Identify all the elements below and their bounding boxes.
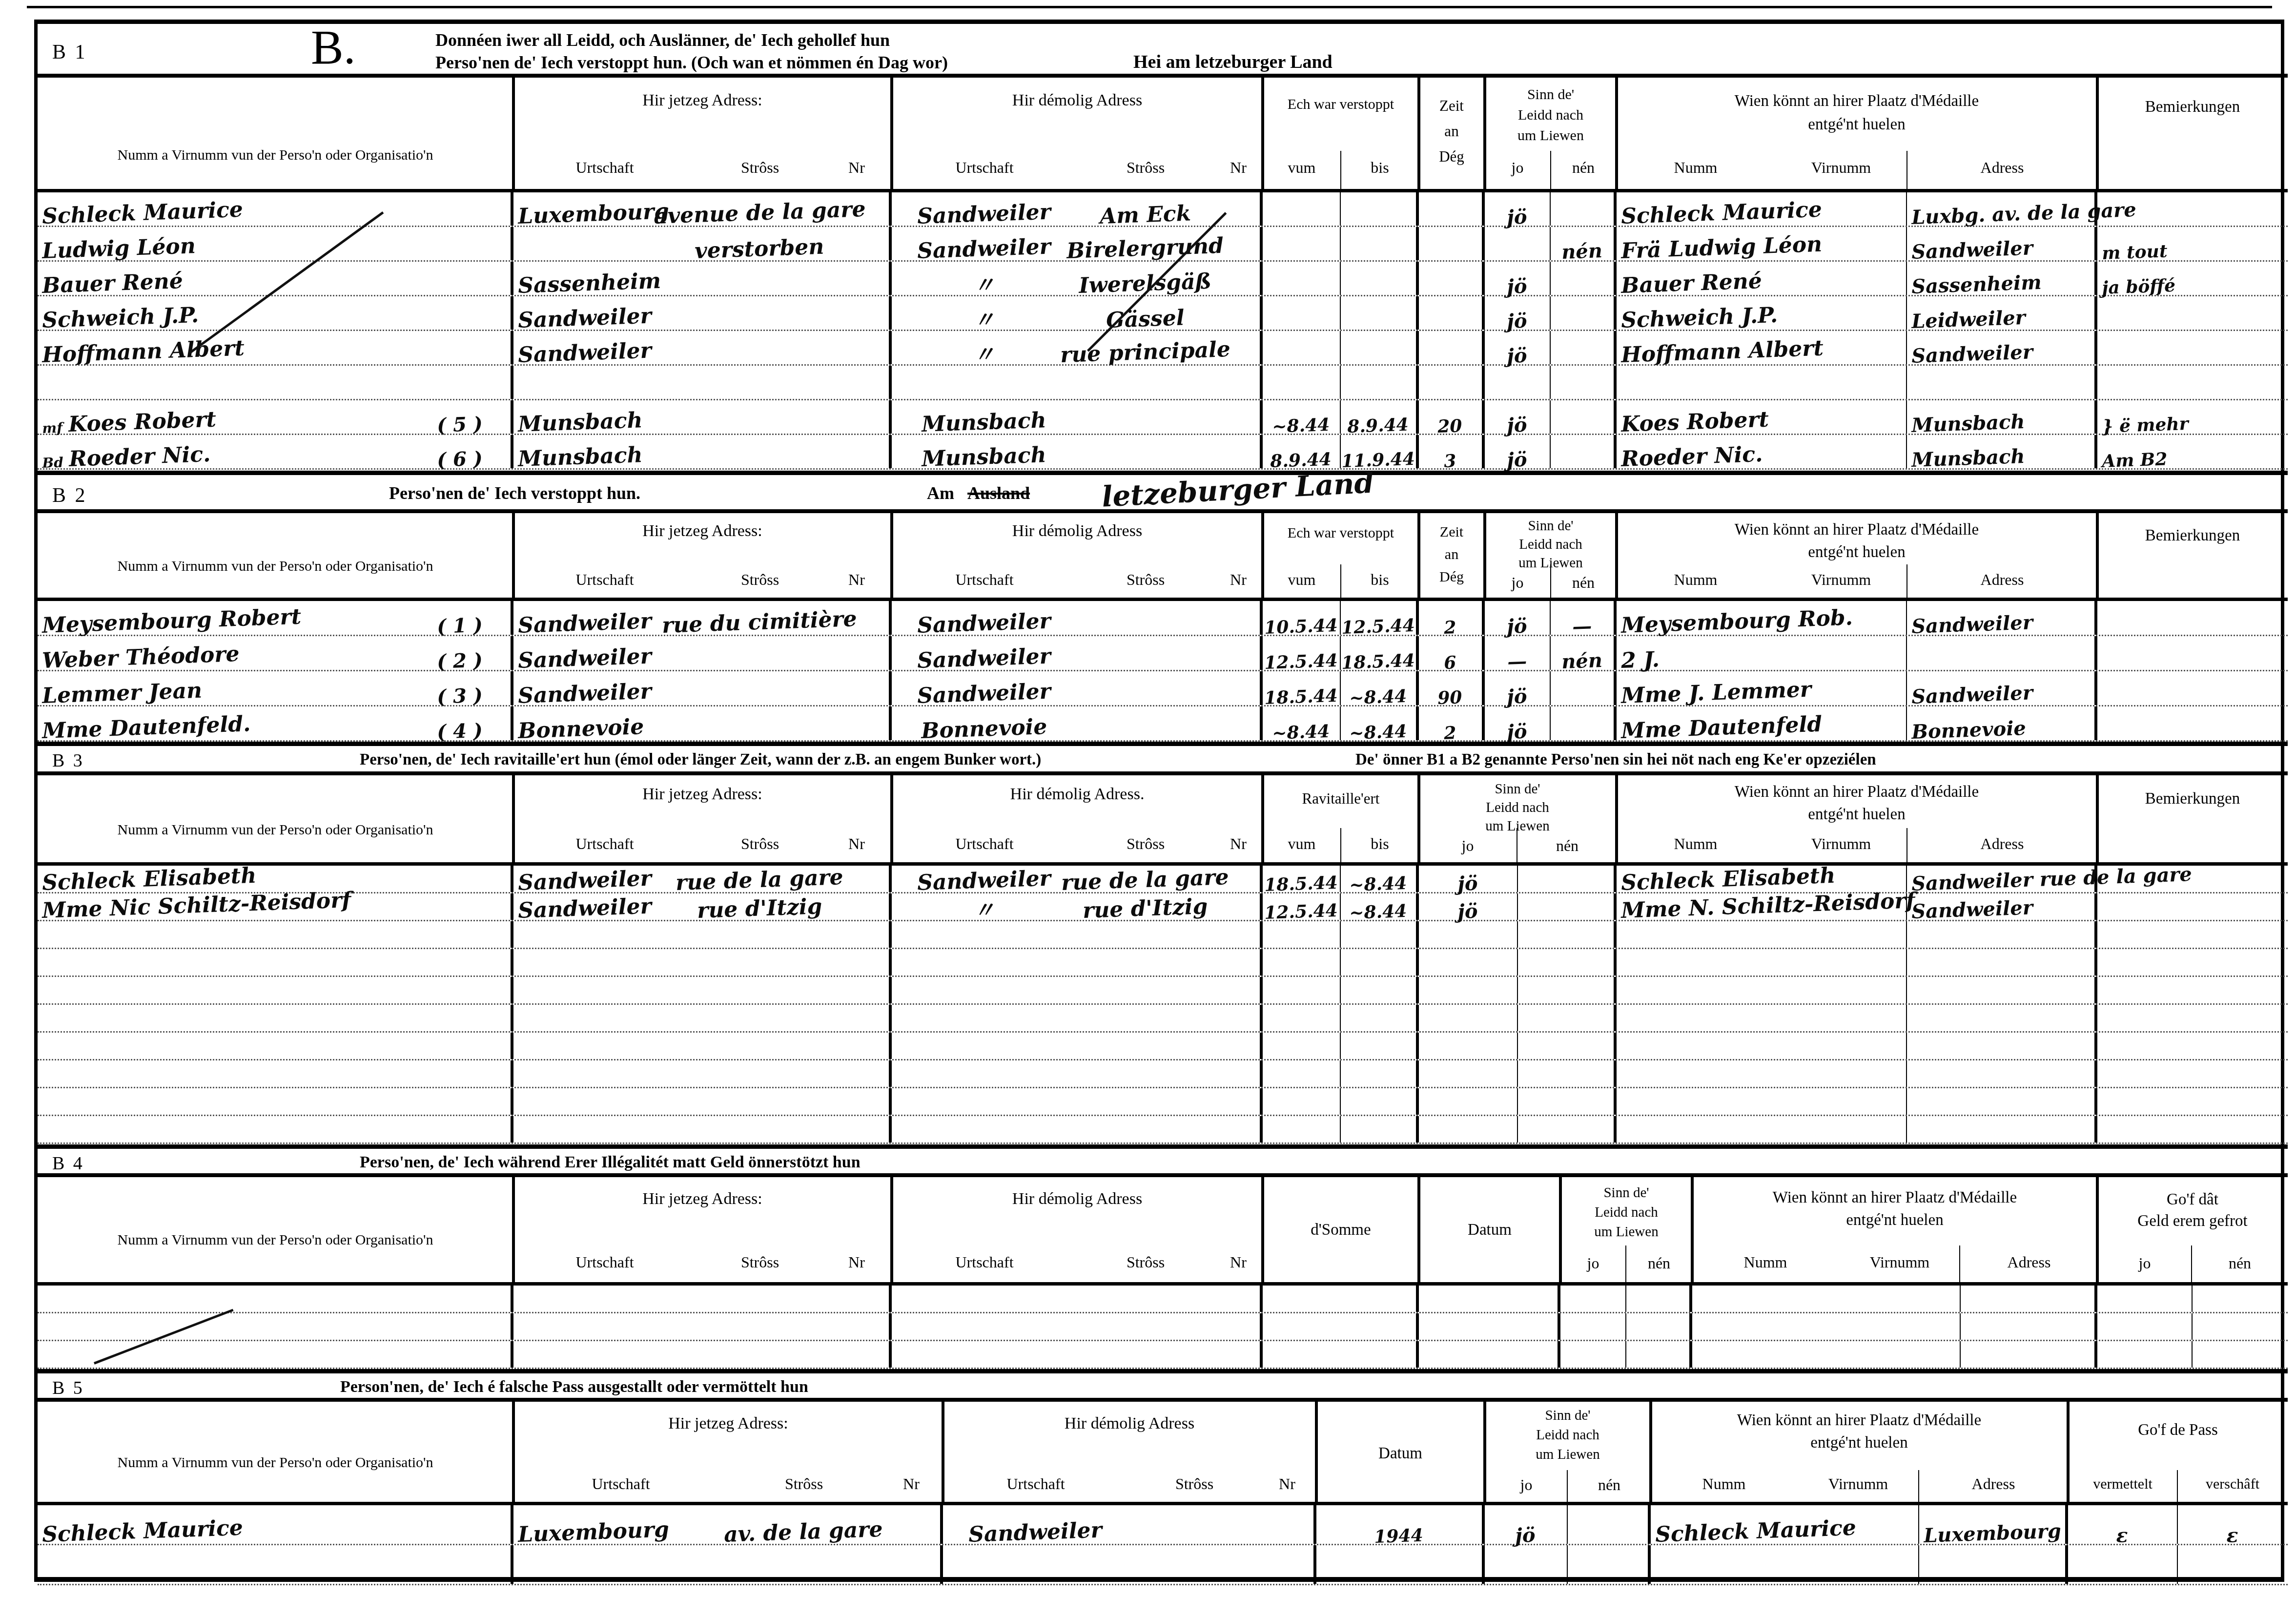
cell-bis xyxy=(1341,366,1419,399)
section-title: Perso'nen de' Iech verstoppt hun. xyxy=(389,483,640,503)
handwritten-urt2: Sandweiler xyxy=(917,681,1051,707)
cell-jo: jö xyxy=(1485,262,1551,295)
col-header-sinn: Leidd nach xyxy=(1486,800,1549,816)
handwritten-name: Schleck Maurice xyxy=(41,199,243,228)
col-header-numm: Numm xyxy=(1744,1253,1787,1271)
handwritten-madr: Sandweiler xyxy=(1911,613,2033,637)
cell-nen xyxy=(1518,1033,1617,1059)
cell-bem xyxy=(2097,1116,2288,1142)
grid-line xyxy=(1906,828,1907,862)
cell-str2: rue principale xyxy=(1077,331,1214,364)
handwritten-name: Schleck Maurice xyxy=(41,1517,243,1546)
cell-name xyxy=(38,1033,513,1059)
col-header-jo: jo xyxy=(1587,1254,1599,1272)
cell-madr xyxy=(1907,1033,2097,1059)
cell-nen xyxy=(1568,1545,1651,1584)
grid-line xyxy=(512,775,515,862)
cell-jo xyxy=(1560,1286,1626,1312)
col-header-urtschaft: Urtschaft xyxy=(955,571,1013,589)
handwritten-madr: Munsbach xyxy=(1911,412,2026,436)
cell-madr: Leidweiler xyxy=(1907,296,2097,330)
col-header-nen: nén xyxy=(2229,1254,2251,1272)
table-row: Weber Théodore( 2 )SandweilerSandweiler1… xyxy=(38,636,2288,671)
handwritten-urt1: Munsbach xyxy=(517,410,643,436)
section-title-band: B 5 Person'nen, de' Iech é falsche Pass … xyxy=(38,1373,2288,1402)
table-row: mfKoes Robert( 5 )MunsbachMunsbach~8.448… xyxy=(38,400,2288,435)
grid-line xyxy=(2177,1470,2178,1502)
cell-vum xyxy=(1263,1005,1341,1031)
cell-bem xyxy=(2097,636,2288,670)
table-header: Numm a Virnumm vun der Perso'n oder Orga… xyxy=(38,775,2288,866)
grid-line xyxy=(1649,1402,1652,1502)
cell-bis xyxy=(1341,192,1419,226)
col-header-jo: jo xyxy=(2139,1254,2151,1272)
handwritten-urt2: 〃 xyxy=(973,309,995,332)
handwritten-str1: av. de la gare xyxy=(724,1519,883,1546)
cell-urt2 xyxy=(892,1116,1077,1142)
col-header-nr: Nr xyxy=(1230,1253,1247,1271)
handwritten-mname: Hoffmann Albert xyxy=(1620,338,1824,366)
cell-madr: Munsbach xyxy=(1907,400,2097,434)
cell-str1 xyxy=(697,636,823,670)
cell-urt1 xyxy=(513,366,697,399)
col-header-nr: Nr xyxy=(1279,1475,1295,1493)
cell-name: Mme Nic Schiltz-Reisdorf xyxy=(38,893,513,920)
table-row xyxy=(38,1116,2288,1144)
cell-madr: Munsbach xyxy=(1907,435,2097,468)
section-title: Perso'nen, de' Iech während Erer Illégal… xyxy=(360,1153,861,1172)
cell-bis: 18.5.44 xyxy=(1341,636,1419,670)
col-header-sinn: Sinn de' xyxy=(1495,781,1540,797)
cell-vum xyxy=(1263,1060,1341,1087)
cell-nen xyxy=(1518,866,1617,892)
handwritten-urt1: Sandweiler xyxy=(517,610,652,637)
table-row: Ludwig LéonverstorbenSandweilerBirelergr… xyxy=(38,227,2288,262)
col-header-medal: Wien könnt an hirer Plaatz d'Médaille xyxy=(1735,521,1979,539)
cell-str2: Iwerelsgäß xyxy=(1077,262,1214,295)
col-header-jetzeg: Hir jetzeg Adress: xyxy=(642,1190,762,1208)
handwritten-jo: jö xyxy=(1507,450,1528,470)
col-header-name: Numm a Virnumm vun der Perso'n oder Orga… xyxy=(118,1454,433,1471)
col-header-urtschaft: Urtschaft xyxy=(575,835,634,853)
table-row xyxy=(38,1313,2288,1341)
cell-urt2: Sandweiler xyxy=(892,227,1077,260)
cell-nr2 xyxy=(1214,1286,1263,1312)
cell-nen: nén xyxy=(1551,227,1617,260)
grid-line xyxy=(1567,1470,1568,1502)
grid-line xyxy=(942,1402,944,1502)
cell-urt1 xyxy=(513,977,697,1003)
table-row xyxy=(38,977,2288,1005)
grid-line xyxy=(2096,78,2099,189)
col-header-stross: Strôss xyxy=(1127,159,1165,177)
cell-mname xyxy=(1617,1116,1907,1142)
col-header-sinn: um Liewen xyxy=(1594,1224,1658,1240)
cell-urt2 xyxy=(943,1545,1128,1584)
col-header-nr: Nr xyxy=(1230,571,1247,589)
cell-str1 xyxy=(697,262,823,295)
col-header-zeit: Zeit xyxy=(1439,97,1464,115)
cell-str2 xyxy=(1077,1033,1214,1059)
col-header-stross: Strôss xyxy=(1127,1253,1165,1271)
cell-zeit: 20 xyxy=(1419,400,1485,434)
cell-mname xyxy=(1617,1088,1907,1115)
handwritten-mname: Bauer René xyxy=(1620,270,1762,297)
cell-jo: jö xyxy=(1419,893,1518,920)
cell-nr1 xyxy=(823,296,892,330)
cell-str2: rue de la gare xyxy=(1077,866,1214,892)
handwritten-madr: Bonnevoie xyxy=(1911,719,2027,742)
cell-urt1 xyxy=(513,1033,697,1059)
cell-str2 xyxy=(1077,1060,1214,1087)
cell-bem xyxy=(2097,706,2288,740)
col-header-vermettelt: vermettelt xyxy=(2093,1476,2152,1493)
cell-nr2 xyxy=(1214,949,1263,975)
cell-name xyxy=(38,1060,513,1087)
col-header-nen: nén xyxy=(1556,837,1578,855)
cell-str2 xyxy=(1077,601,1214,635)
handwritten-str2: rue d'Itzig xyxy=(1082,896,1208,922)
cell-madr xyxy=(1961,1313,2097,1340)
table-row xyxy=(38,366,2288,400)
col-header-jetzeg: Hir jetzeg Adress: xyxy=(642,785,762,804)
handwritten-urt1: Sandweiler xyxy=(517,681,652,707)
cell-bis xyxy=(1341,262,1419,295)
cell-urt1 xyxy=(513,1005,697,1031)
cell-vum: ~8.44 xyxy=(1263,706,1341,740)
col-header-numm: Numm xyxy=(1702,1475,1746,1493)
cell-urt2: Sandweiler xyxy=(943,1505,1128,1544)
handwritten-name: Mme Nic Schiltz-Reisdorf xyxy=(41,890,351,922)
cell-str2: Gässel xyxy=(1077,296,1214,330)
grid-line xyxy=(2096,513,2099,598)
cell-urt2: Sandweiler xyxy=(892,866,1077,892)
grid-line xyxy=(1559,1177,1562,1282)
cell-str1 xyxy=(697,435,823,468)
handwritten-bem: ja böffé xyxy=(2102,277,2176,297)
col-header-nr: Nr xyxy=(848,159,865,177)
grid-line xyxy=(1340,564,1341,598)
handwritten-versch: ε xyxy=(2226,1526,2239,1546)
handwritten-bem: } ë mehr xyxy=(2102,415,2189,436)
col-header-stross: Strôss xyxy=(741,1253,779,1271)
cell-zeit: 2 xyxy=(1419,601,1485,635)
col-header-zeit: Dég xyxy=(1439,148,1464,166)
cell-datum xyxy=(1419,1341,1560,1368)
handwritten-str1: rue d'Itzig xyxy=(697,896,822,922)
cell-nr1 xyxy=(823,435,892,468)
cell-urt2 xyxy=(892,366,1077,399)
table-row xyxy=(38,1286,2288,1313)
handwritten-vum: 10.5.44 xyxy=(1264,617,1338,637)
cell-name xyxy=(38,1116,513,1142)
col-header-name: Numm a Virnumm vun der Perso'n oder Orga… xyxy=(118,822,433,838)
cell-nen xyxy=(1551,435,1617,468)
col-header-adress: Adress xyxy=(1981,571,2024,589)
handwritten-mname: Schweich J.P. xyxy=(1620,305,1778,332)
cell-nr1 xyxy=(823,400,892,434)
table-row xyxy=(38,1005,2288,1033)
cell-urt1 xyxy=(513,1286,697,1312)
cell-str1: avenue de la gare xyxy=(697,192,823,226)
col-header-nr: Nr xyxy=(903,1475,920,1493)
section-label: B 2 xyxy=(52,484,87,507)
col-header-stross: Strôss xyxy=(1127,571,1165,589)
cell-str2 xyxy=(1077,977,1214,1003)
cell-vum xyxy=(1263,366,1341,399)
grid-line xyxy=(1550,564,1551,598)
grid-line xyxy=(1691,1177,1694,1282)
cell-verm xyxy=(2097,1341,2193,1368)
cell-madr xyxy=(1961,1286,2097,1312)
col-header-medal: entgé'nt huelen xyxy=(1846,1211,1943,1229)
cell-vum: 10.5.44 xyxy=(1263,601,1341,635)
grid-line xyxy=(1340,151,1341,189)
grid-line xyxy=(1517,828,1517,862)
cell-mname xyxy=(1617,949,1907,975)
handwritten-mname: Koes Robert xyxy=(1620,409,1769,436)
cell-nr1 xyxy=(823,192,892,226)
col-header-vum: vum xyxy=(1288,835,1316,853)
section-title-band: B 4 Perso'nen, de' Iech während Erer Ill… xyxy=(38,1149,2288,1177)
cell-nr2 xyxy=(1214,1341,1263,1368)
cell-zeit xyxy=(1419,366,1485,399)
cell-urt2: Munsbach xyxy=(892,435,1077,468)
cell-str2 xyxy=(1077,1341,1214,1368)
cell-bem xyxy=(2097,1060,2288,1087)
handwritten-bis: ~8.44 xyxy=(1349,874,1407,894)
cell-bis xyxy=(1341,1060,1419,1087)
cell-urt2: Sandweiler xyxy=(892,192,1077,226)
cell-bem xyxy=(2097,949,2288,975)
col-header-adress: Adress xyxy=(1981,159,2024,177)
cell-bem xyxy=(2097,671,2288,705)
cell-zeit xyxy=(1419,262,1485,295)
handwritten-vum: 18.5.44 xyxy=(1264,687,1338,707)
section-title-am: Am xyxy=(927,483,954,503)
cell-datum xyxy=(1316,1545,1485,1584)
cell-mname xyxy=(1692,1341,1961,1368)
top-rule xyxy=(27,6,2272,8)
table-row: Hoffmann AlbertSandweiler〃rue principale… xyxy=(38,331,2288,366)
section-title-band: B 2 Perso'nen de' Iech verstoppt hun. Am… xyxy=(38,475,2288,513)
cell-nr2 xyxy=(1214,601,1263,635)
cell-bem: Am B2 xyxy=(2097,435,2288,468)
handwritten-str2: Am Eck xyxy=(1099,203,1191,228)
handwritten-str2: rue principale xyxy=(1060,339,1230,366)
cell-dsomme xyxy=(1263,1313,1419,1340)
cell-mname: Hoffmann Albert xyxy=(1617,331,1907,364)
handwritten-name: Hoffmann Albert xyxy=(41,338,245,366)
handwritten-name: Weber Théodore xyxy=(41,643,240,672)
handwritten-madr: Leidweiler xyxy=(1911,308,2026,332)
cell-jo: — xyxy=(1485,636,1551,670)
cell-bis: 12.5.44 xyxy=(1341,601,1419,635)
handwritten-nen: nén xyxy=(1561,651,1602,672)
cell-jo: jö xyxy=(1485,296,1551,330)
cell-str2 xyxy=(1077,366,1214,399)
grid-line xyxy=(1483,1402,1486,1502)
col-header-medal: Wien könnt an hirer Plaatz d'Médaille xyxy=(1773,1189,2017,1207)
col-header-dsomme: d'Somme xyxy=(1311,1221,1371,1239)
handwritten-madr: Sandweiler xyxy=(1911,683,2033,707)
handwritten-urt2: 〃 xyxy=(973,899,995,922)
cell-name xyxy=(38,921,513,948)
cell-nr2 xyxy=(1214,1116,1263,1142)
table-row xyxy=(38,1088,2288,1116)
handwritten-mname: Mme Dautenfeld xyxy=(1620,714,1822,742)
cell-str2 xyxy=(1077,921,1214,948)
col-header-demolig: Hir démolig Adress xyxy=(1065,1414,1194,1433)
handwritten-num: ( 3 ) xyxy=(437,686,483,707)
cell-madr xyxy=(1919,1545,2068,1584)
cell-bis: ~8.44 xyxy=(1341,706,1419,740)
cell-jo: jö xyxy=(1485,435,1551,468)
cell-madr xyxy=(1907,636,2097,670)
col-header-stross: Strôss xyxy=(785,1475,823,1493)
cell-mname: Roeder Nic. xyxy=(1617,435,1907,468)
handwritten-name: Meysembourg Robert xyxy=(41,606,301,637)
col-header-bis: bis xyxy=(1371,571,1389,589)
handwritten-str1: verstorben xyxy=(695,236,824,262)
cell-name xyxy=(38,1286,513,1312)
cell-nr2 xyxy=(1214,706,1263,740)
col-header-name: Numm a Virnumm vun der Perso'n oder Orga… xyxy=(118,147,433,164)
cell-vum xyxy=(1263,949,1341,975)
cell-jo xyxy=(1419,949,1518,975)
cell-str1: rue du cimitière xyxy=(697,601,823,635)
handwritten-bem: Am B2 xyxy=(2102,450,2168,470)
handwritten-jo: jö xyxy=(1457,902,1478,922)
cell-zeit: 2 xyxy=(1419,706,1485,740)
cell-urt1: Luxembourg xyxy=(513,1505,728,1544)
handwritten-mname: Frä Ludwig Léon xyxy=(1620,234,1822,262)
cell-jo: jö xyxy=(1419,866,1518,892)
handwritten-urt1: Sandweiler xyxy=(517,868,652,894)
col-header-nr: Nr xyxy=(848,1253,865,1271)
handwritten-urt2: Sandweiler xyxy=(917,236,1051,262)
cell-nen xyxy=(1518,893,1617,920)
col-header-adress: Adress xyxy=(1972,1475,2015,1493)
cell-urt2 xyxy=(892,949,1077,975)
cell-str1 xyxy=(697,1286,823,1312)
form-title-note: Hei am letzeburger Land xyxy=(1133,51,1332,73)
handwritten-jo: — xyxy=(1507,652,1527,672)
col-header-numm: Numm xyxy=(1674,835,1718,853)
table-rows: Schleck MauriceLuxembourgavenue de la ga… xyxy=(38,192,2288,470)
cell-zeit: 90 xyxy=(1419,671,1485,705)
cell-nr1 xyxy=(823,706,892,740)
cell-bis: ~8.44 xyxy=(1341,866,1419,892)
cell-str1 xyxy=(697,400,823,434)
cell-nr1 xyxy=(823,366,892,399)
col-header-medal: entgé'nt huelen xyxy=(1808,806,1905,824)
cell-bis: ~8.44 xyxy=(1341,893,1419,920)
col-header-jo: jo xyxy=(1512,159,1524,177)
handwritten-madr: Munsbach xyxy=(1911,447,2026,470)
cell-str1 xyxy=(697,706,823,740)
col-header-nen: nén xyxy=(1598,1476,1620,1494)
handwritten-name: Koes Robert xyxy=(68,409,216,436)
cell-urt2 xyxy=(892,1341,1077,1368)
handwritten-madr: Luxembourg xyxy=(1924,1521,2062,1546)
cell-zeit: 6 xyxy=(1419,636,1485,670)
col-header-medal: Wien könnt an hirer Plaatz d'Médaille xyxy=(1737,1411,1981,1430)
cell-madr xyxy=(1907,921,2097,948)
handwritten-bis: 12.5.44 xyxy=(1341,617,1415,637)
cell-bis xyxy=(1341,1033,1419,1059)
cell-nen xyxy=(1626,1286,1692,1312)
section-label: B 1 xyxy=(52,41,87,64)
cell-bis xyxy=(1341,1116,1419,1142)
section-title-band: B 1 B. Donnéen iwer all Leidd, och Auslä… xyxy=(38,24,2288,78)
cell-bis xyxy=(1341,296,1419,330)
cell-mname xyxy=(1692,1286,1961,1312)
cell-madr xyxy=(1907,977,2097,1003)
cell-urt1 xyxy=(513,1313,697,1340)
cell-name: Weber Théodore( 2 ) xyxy=(38,636,513,670)
cell-nr2 xyxy=(1260,1545,1316,1584)
cell-madr xyxy=(1907,1088,2097,1115)
col-header-stross: Strôss xyxy=(741,159,779,177)
handwritten-jo: jö xyxy=(1507,617,1528,637)
handwritten-urt2: Sandweiler xyxy=(917,610,1051,637)
col-header-urtschaft: Urtschaft xyxy=(592,1475,650,1493)
form-letter: B. xyxy=(311,19,356,75)
cell-jo: jö xyxy=(1485,671,1551,705)
grid-line xyxy=(1261,775,1264,862)
cell-bis xyxy=(1341,227,1419,260)
table-row: Mme Nic Schiltz-ReisdorfSandweilerrue d'… xyxy=(38,893,2288,921)
cell-name xyxy=(38,1313,513,1340)
grid-line xyxy=(1261,78,1264,189)
cell-mname: Mme Dautenfeld xyxy=(1617,706,1907,740)
cell-nen: nén xyxy=(1551,636,1617,670)
table-row: Meysembourg Robert( 1 )Sandweilerrue du … xyxy=(38,601,2288,636)
cell-madr: Sassenheim xyxy=(1907,262,2097,295)
cell-nr2 xyxy=(1214,296,1263,330)
table-row: Schleck MauriceLuxembourgavenue de la ga… xyxy=(38,192,2288,227)
col-header-bemierkungen: Bemierkungen xyxy=(2145,790,2240,808)
col-header-zeit: Dég xyxy=(1439,569,1464,585)
cell-str2 xyxy=(1077,1116,1214,1142)
cell-bem xyxy=(2097,601,2288,635)
cell-urt1: Bonnevoie xyxy=(513,706,697,740)
cell-urt1: Sassenheim xyxy=(513,262,697,295)
handwritten-zeit: 2 xyxy=(1444,724,1456,742)
cell-nr2 xyxy=(1214,1005,1263,1031)
cell-mname xyxy=(1617,1060,1907,1087)
cell-name: mfKoes Robert( 5 ) xyxy=(38,400,513,434)
handwritten-urt1: Sandweiler xyxy=(517,645,652,672)
cell-nr1 xyxy=(823,893,892,920)
cell-urt1 xyxy=(513,227,697,260)
cell-bis xyxy=(1341,331,1419,364)
cell-str2 xyxy=(1077,1088,1214,1115)
col-header-nen: nén xyxy=(1648,1254,1670,1272)
cell-madr: Sandweiler rue de la gare xyxy=(1907,866,2097,892)
cell-bem xyxy=(2097,977,2288,1003)
grid-line xyxy=(512,78,515,189)
grid-line xyxy=(1918,1470,1919,1502)
cell-nen xyxy=(1518,977,1617,1003)
col-header-vum: vum xyxy=(1288,571,1316,589)
cell-madr xyxy=(1907,1060,2097,1087)
cell-urt2 xyxy=(892,1088,1077,1115)
handwritten-name: Lemmer Jean xyxy=(41,680,202,707)
cell-bis: 8.9.44 xyxy=(1341,400,1419,434)
col-header-bis: bis xyxy=(1371,159,1389,177)
